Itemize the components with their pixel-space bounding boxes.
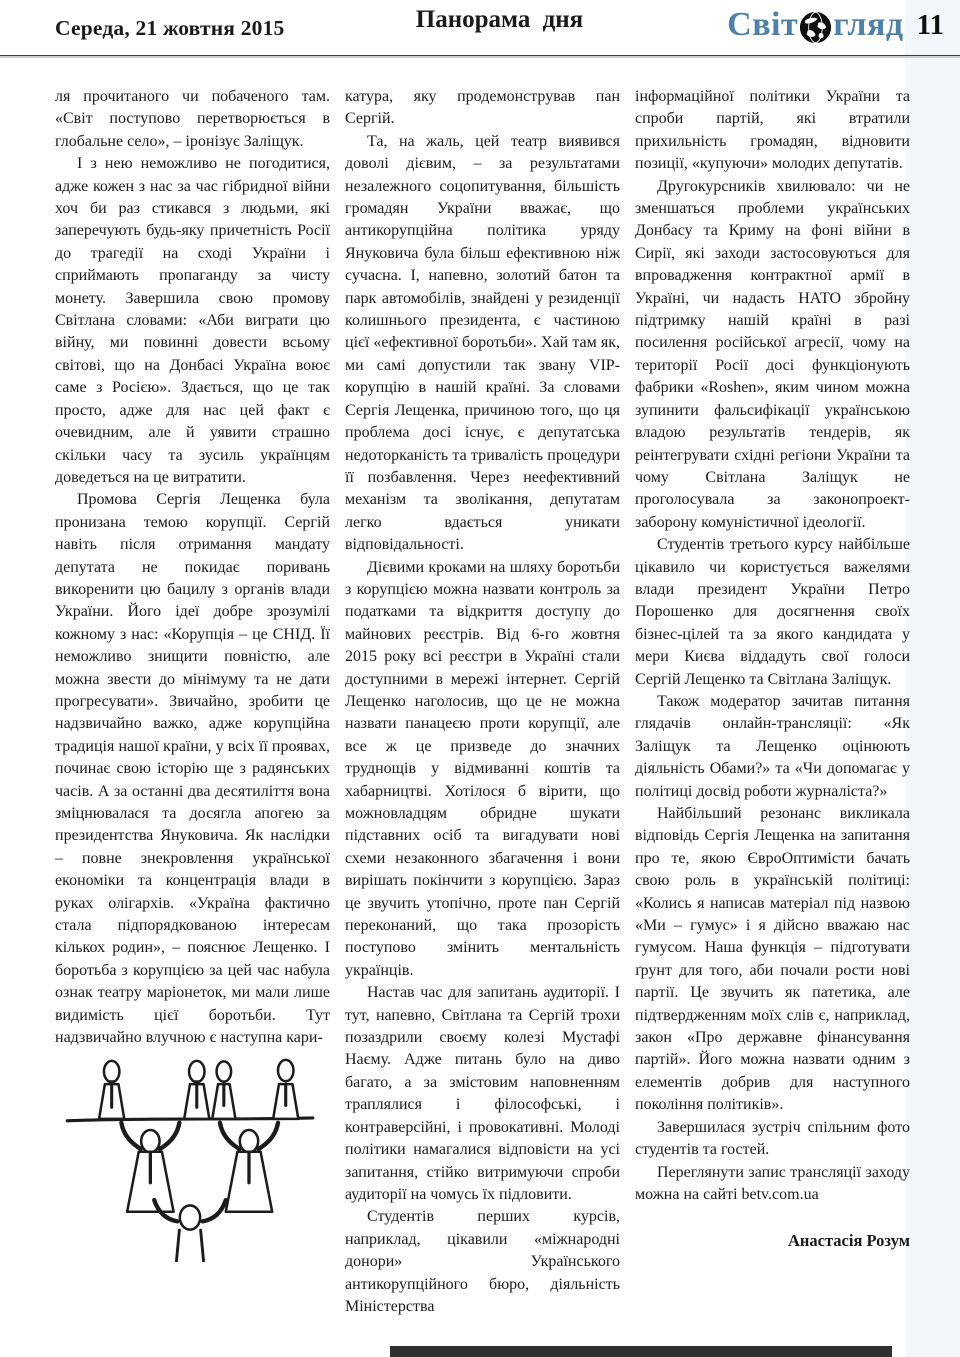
top-figure-4 — [273, 1060, 298, 1119]
paragraph: ля прочитаного чи побаченого там. «Світ … — [55, 86, 330, 153]
masthead: Світ гляд — [727, 6, 903, 44]
paragraph: катура, яку продемонстрував пан Сергій. — [345, 86, 620, 131]
top-figure-1 — [99, 1061, 124, 1119]
paragraph: Студентів третього курсу найбільше цікав… — [635, 534, 910, 691]
issue-date: Середа, 21 жовтня 2015 — [55, 16, 285, 41]
paragraph: Другокурсників хвилювало: чи не зменшать… — [635, 176, 910, 535]
page-header: Середа, 21 жовтня 2015 Панорама дня Світ… — [55, 6, 944, 56]
masthead-prefix: Світ — [727, 6, 798, 44]
page-edge-strip — [905, 0, 960, 1357]
paragraph: Також модератор зачитав питання глядачів… — [635, 691, 910, 803]
paragraph: Настав час для запитань аудиторії. І тут… — [345, 982, 620, 1206]
paragraph: Студентів перших курсів, наприклад, ціка… — [345, 1206, 620, 1318]
marionettes-cartoon-illustration — [65, 1057, 315, 1262]
middle-figure-right — [220, 1123, 278, 1212]
author-byline: Анастасія Розум — [635, 1230, 910, 1252]
paragraph: інформаційної політики України та спроби… — [635, 86, 910, 176]
header-rule — [0, 55, 960, 58]
paragraph: Та, на жаль, цей театр виявився доволі д… — [345, 131, 620, 557]
column-2: катура, яку продемонстрував пан Сергій. … — [345, 86, 620, 1318]
column-1: ля прочитаного чи побаченого там. «Світ … — [55, 86, 330, 1318]
newspaper-page: Середа, 21 жовтня 2015 Панорама дня Світ… — [0, 0, 960, 1357]
top-figure-3 — [212, 1062, 235, 1120]
paragraph: Найбільший резонанс викликала відповідь … — [635, 803, 910, 1117]
column-3: інформаційної політики України та спроби… — [635, 86, 910, 1318]
top-figure-2 — [184, 1061, 209, 1119]
article-body: ля прочитаного чи побаченого там. «Світ … — [55, 86, 910, 1318]
bottom-ink-bar — [390, 1346, 892, 1357]
page-number: 11 — [917, 9, 944, 42]
paragraph: Промова Сергія Лещенка була пронизана те… — [55, 489, 330, 1049]
paragraph: Дієвими кроками на шляху боротьби з кору… — [345, 557, 620, 983]
masthead-group: Світ гляд 11 — [727, 6, 944, 44]
globe-icon — [799, 11, 832, 44]
paragraph: Переглянути запис трансляції заходу можн… — [635, 1162, 910, 1207]
masthead-suffix: гляд — [833, 6, 903, 44]
middle-figure-left — [121, 1123, 179, 1212]
paragraph: І з нею неможливо не погодитися, адже ко… — [55, 153, 330, 489]
paragraph: Завершилася зустріч спільним фото студен… — [635, 1117, 910, 1162]
